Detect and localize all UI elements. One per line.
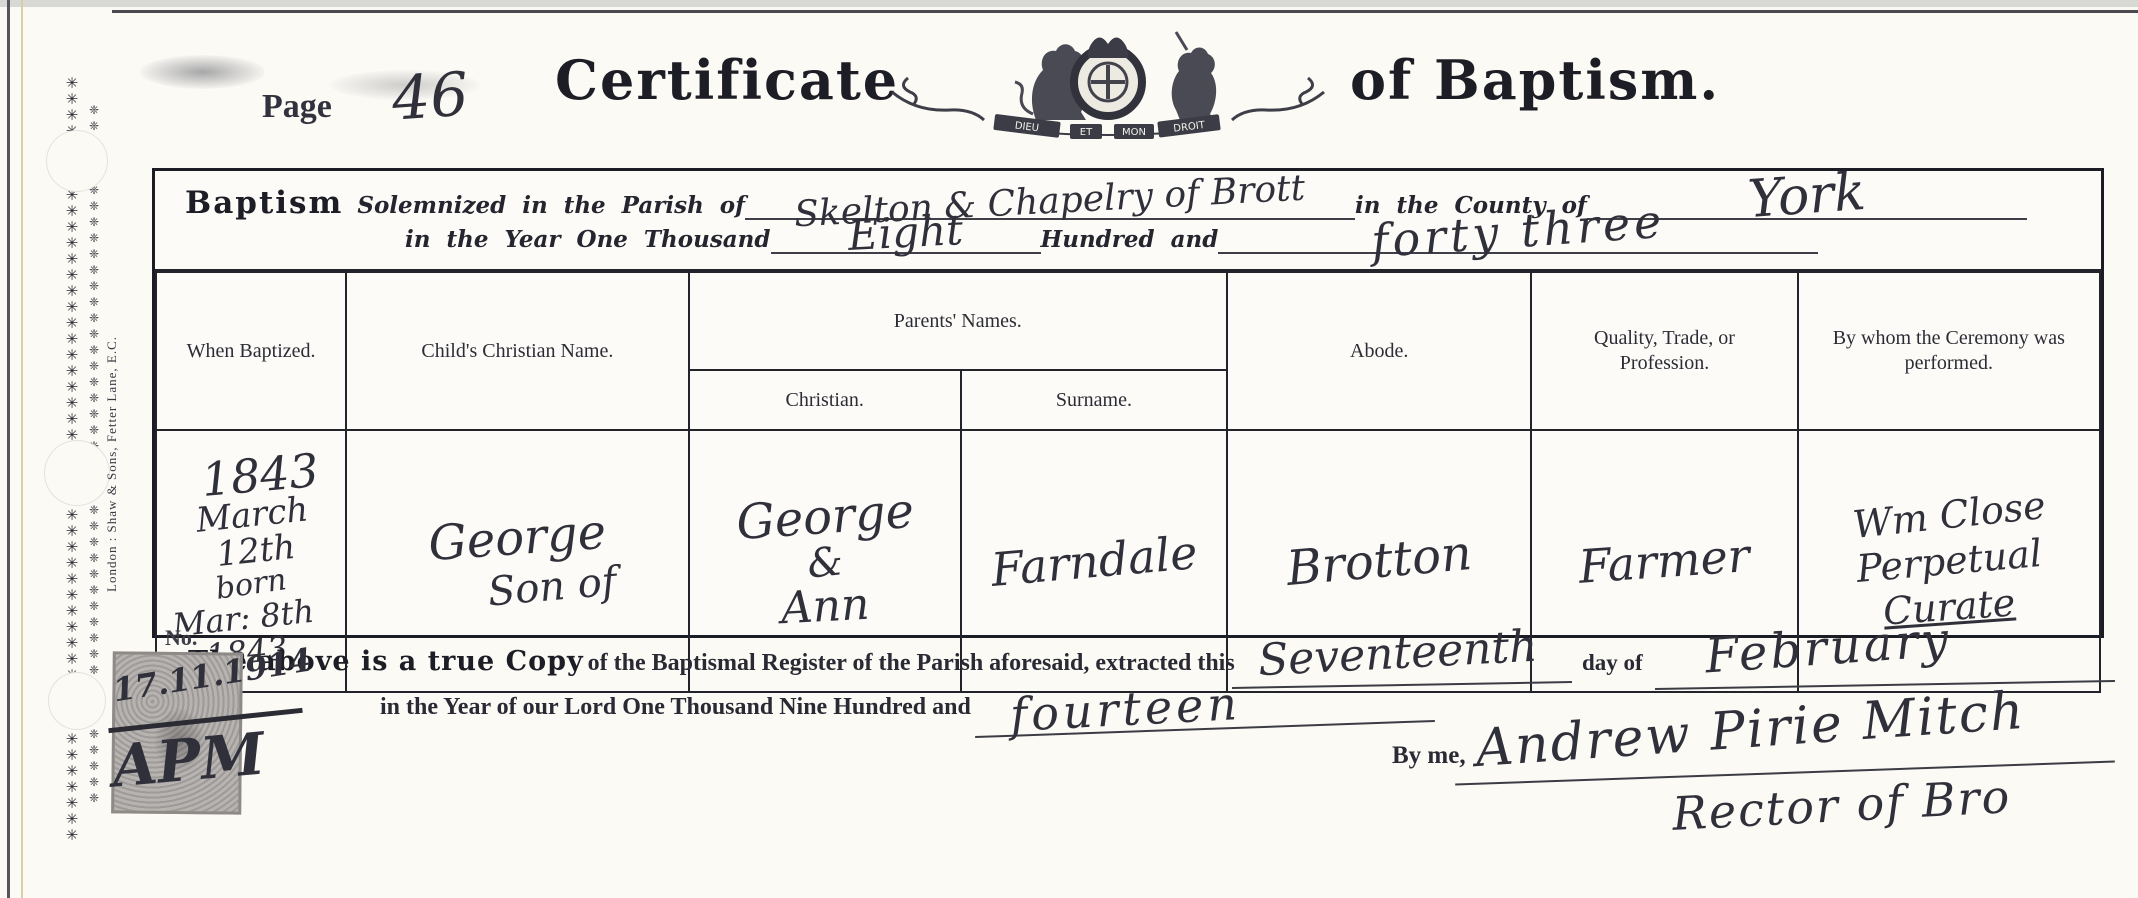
preamble-solemnized-text: Solemnized in the Parish of [357, 192, 745, 219]
col-header-child-name: Child's Christian Name. [346, 272, 688, 430]
hundred-and-label: Hundred and [1041, 226, 1219, 253]
punch-hole-bottom [48, 672, 106, 730]
punch-hole-top [46, 130, 108, 192]
sheet-top-edge-line [112, 10, 2138, 13]
county-value-handwritten: York [1748, 185, 1866, 207]
scan-top-strip [0, 0, 2138, 7]
quality-handwritten: Farmer [1531, 525, 1798, 597]
certificate-title-left: Certificate [555, 48, 899, 112]
year-hundreds-handwritten: Eight [848, 224, 963, 242]
attestation-line1: The above is a true Copy of the Baptisma… [188, 646, 1235, 677]
year-prefix-label: in the Year One Thousand [405, 226, 771, 253]
page-number-handwritten: 46 [390, 59, 471, 134]
page-label: Page [262, 88, 332, 126]
surname-handwritten: Farndale [960, 523, 1228, 600]
year-rest-blank: forty three [1218, 225, 1818, 254]
col-header-by-whom: By whom the Ceremony was performed. [1798, 272, 2100, 430]
punch-hole-middle [44, 440, 110, 506]
extract-year-handwritten: fourteen [1009, 676, 1242, 742]
col-header-parent-christian: Christian. [689, 370, 961, 430]
scan-left-faint-line [21, 0, 23, 898]
col-header-parent-surname: Surname. [961, 370, 1227, 430]
minister-signature: Andrew Pirie Mitch [1474, 681, 2028, 779]
scan-left-edge-line [7, 0, 10, 898]
certificate-body-box: Baptism Solemnized in the Parish of Skel… [152, 168, 2104, 638]
attestation-rest: of the Baptismal Register of the Parish … [588, 650, 1235, 676]
royal-coat-of-arms: DIEU ET MON DROIT [878, 20, 1338, 140]
unicorn-supporter [1172, 47, 1216, 120]
col-header-quality: Quality, Trade, or Profession. [1531, 272, 1797, 430]
by-me-label: By me, [1392, 742, 1466, 770]
attestation-line2: in the Year of our Lord One Thousand Nin… [380, 694, 971, 721]
col-header-parents-names: Parents' Names. [689, 272, 1228, 370]
col-header-abode: Abode. [1227, 272, 1531, 430]
preamble-baptism-word: Baptism [185, 185, 343, 221]
preamble: Baptism Solemnized in the Parish of Skel… [155, 171, 2101, 271]
stamp-initials-handwritten: APM [109, 719, 267, 800]
parish-blank: Skelton & Chapelry of Brott [745, 195, 1355, 220]
flourish-right [1232, 92, 1324, 120]
minister-signature-role: Rector of Bro [1671, 769, 2013, 841]
day-of-label: day of [1582, 650, 1643, 676]
certificate-title-right: of Baptism. [1350, 48, 1720, 112]
baptism-certificate-scan: ✳ ✳ ✳ ✳ ✳ ✳ ✳ ✳ ✳ ✳ ✳ ✳ ✳ ✳ ✳ ✳ ✳ ✳ ✳ ✳ … [0, 0, 2138, 898]
printer-credit: London : Shaw & Sons, Fetter Lane, E.C. [104, 272, 120, 592]
motto-et: ET [1080, 127, 1093, 138]
motto-mon: MON [1122, 127, 1146, 138]
flourish-left [892, 92, 984, 120]
crown-icon [1087, 37, 1129, 54]
abode-handwritten: Brotton [1226, 520, 1532, 602]
year-rest-handwritten: forty three [1371, 215, 1665, 248]
ink-smudge-left [140, 55, 265, 89]
col-header-when-baptized: When Baptized. [156, 272, 346, 430]
